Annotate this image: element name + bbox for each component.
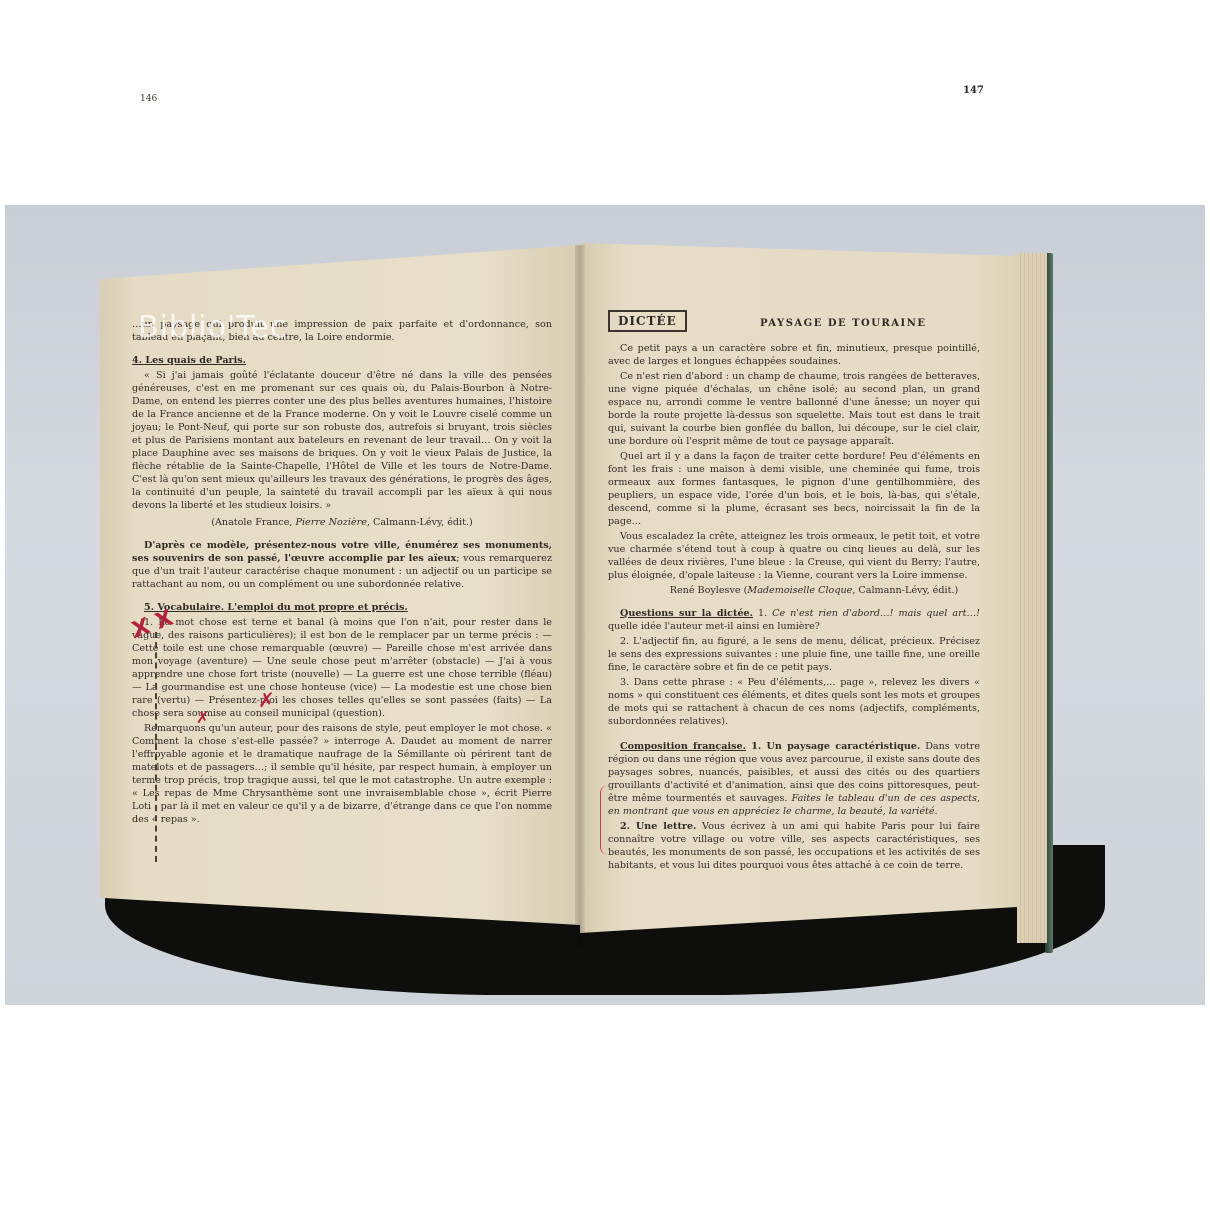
left-page-text: …un paysage qui produit une impression d… [132, 318, 552, 828]
question-2: 2. L'adjectif fin, au figuré, a le sens … [608, 635, 980, 674]
section-4-source: (Anatole France, Pierre Nozière, Calmann… [132, 516, 552, 529]
section-5-title: 5. Vocabulaire. L'emploi du mot propre e… [144, 602, 408, 613]
right-page-number: 147 [963, 85, 984, 96]
watermark-logo: Biblio'Tec [138, 310, 287, 345]
section-4-text: « Si j'ai jamais goûté l'éclatante douce… [132, 369, 552, 512]
handwritten-cross-icon: ✗ [196, 708, 209, 727]
chapter-title: PAYSAGE DE TOURAINE [760, 318, 926, 329]
margin-dashed-bar [155, 632, 159, 862]
question-1: Questions sur la dictée. 1. Ce n'est rie… [608, 607, 980, 633]
dictee-paragraph-1: Ce petit pays a un caractère sobre et fi… [608, 342, 980, 368]
question-3: 3. Dans cette phrase : « Peu d'éléments,… [608, 676, 980, 728]
page-edges [1017, 253, 1047, 943]
right-page-text: Ce petit pays a un caractère sobre et fi… [608, 342, 980, 874]
dictee-source: René Boylesve (Mademoiselle Cloque, Calm… [648, 584, 980, 597]
handwritten-cross-icon: ✗ [258, 688, 275, 712]
composition-1: Composition française. 1. Un paysage car… [608, 740, 980, 818]
dictee-paragraph-4: Vous escaladez la crête, atteignez les t… [608, 530, 980, 582]
book-gutter [575, 245, 585, 945]
dictee-label-box: DICTÉE [608, 310, 687, 332]
dictee-paragraph-3: Quel art il y a dans la façon de traiter… [608, 450, 980, 528]
exercise-paragraph: D'après ce modèle, présentez-nous votre … [132, 539, 552, 591]
dictee-paragraph-2: Ce n'est rien d'abord : un champ de chau… [608, 370, 980, 448]
handwritten-bracket-mark [600, 785, 611, 855]
section-5-paragraph-1: 1. Le mot chose est terne et banal (à mo… [132, 616, 552, 720]
composition-2: 2. Une lettre. Vous écrivez à un ami qui… [608, 820, 980, 872]
section-4-title: 4. Les quais de Paris. [132, 355, 246, 366]
section-5-paragraph-2: Remarquons qu'un auteur, pour des raison… [132, 722, 552, 826]
left-page-number: 146 [140, 94, 157, 104]
